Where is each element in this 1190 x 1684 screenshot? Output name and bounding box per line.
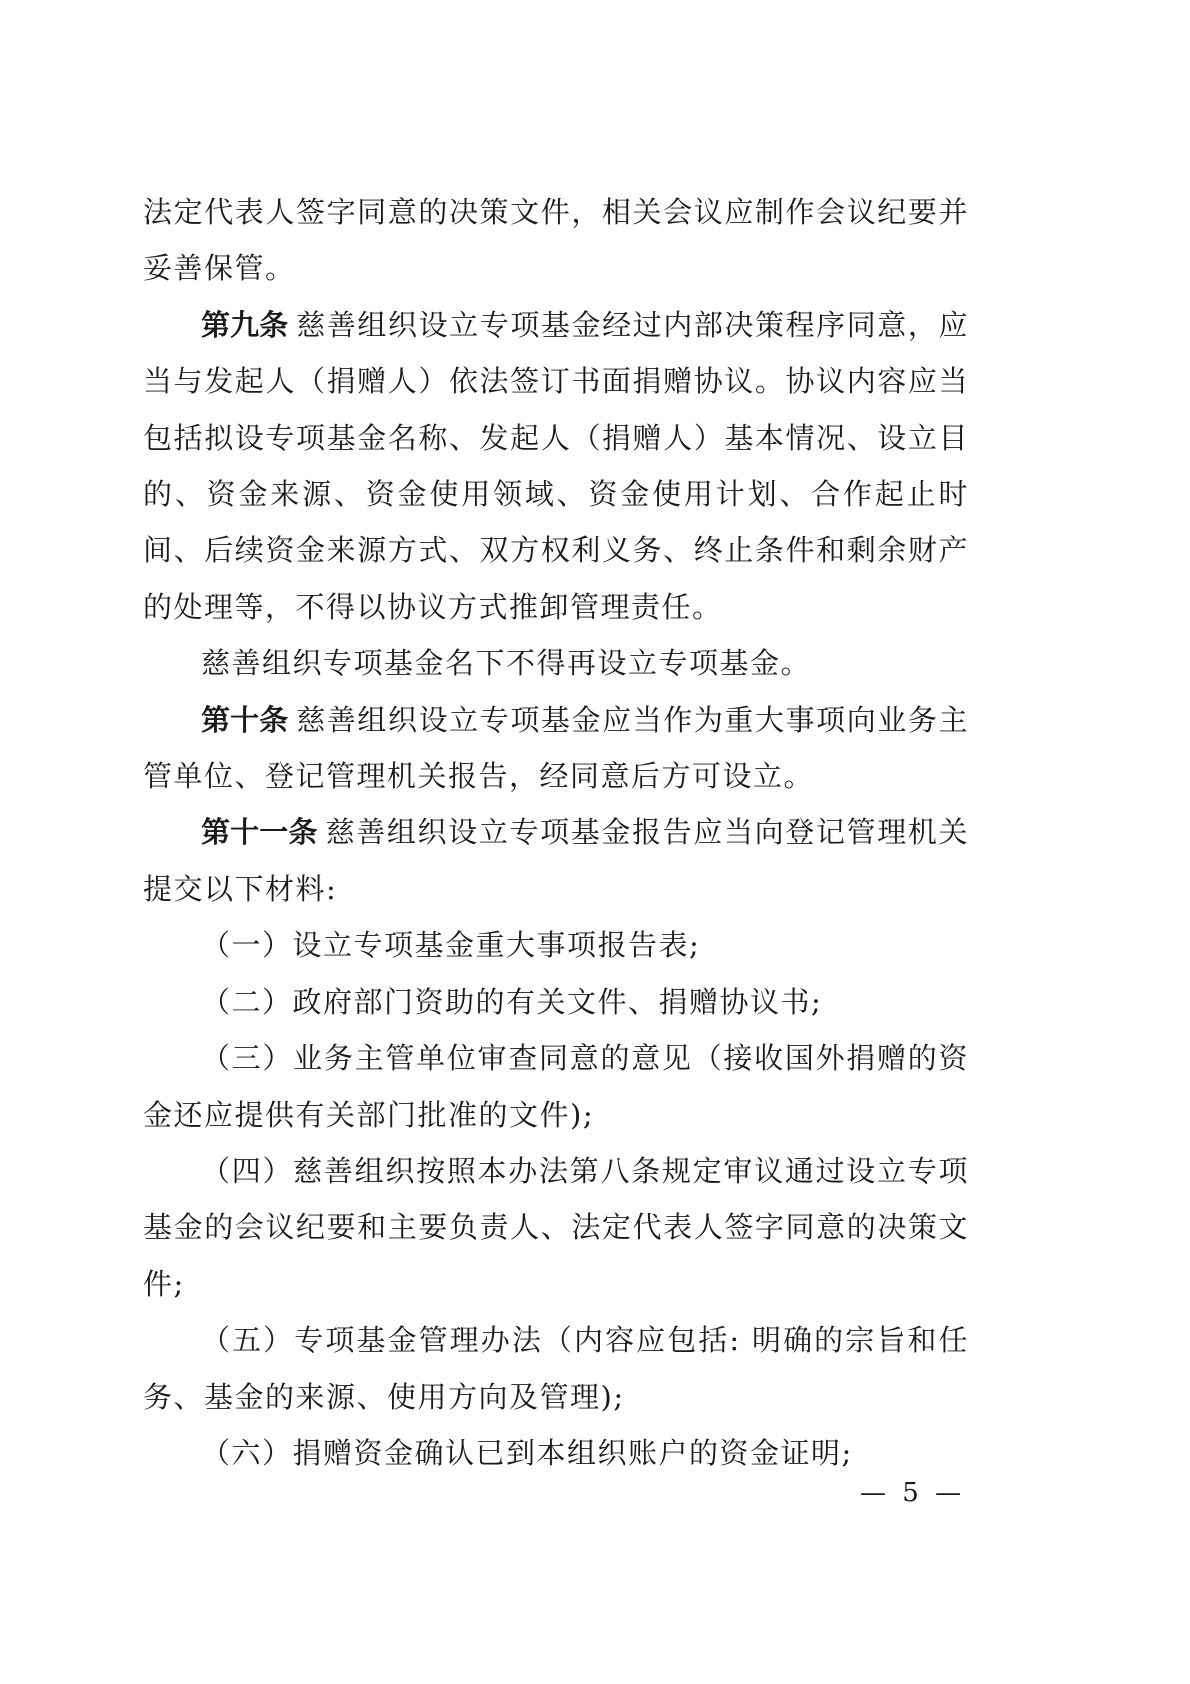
paragraph-text: 慈善组织设立专项基金经过内部决策程序同意，应当与发起人（捐赠人）依法签订书面捐赠… <box>143 308 969 624</box>
list-item-3: （三）业务主管单位审查同意的意见（接收国外捐赠的资金还应提供有关部门批准的文件)… <box>143 1030 969 1143</box>
list-item-6: （六）捐赠资金确认已到本组织账户的资金证明; <box>143 1425 969 1481</box>
article-heading: 第十一条 <box>201 815 318 849</box>
paragraph-continuation: 法定代表人签字同意的决策文件，相关会议应制作会议纪要并妥善保管。 <box>143 184 969 297</box>
article-heading: 第十条 <box>201 703 288 737</box>
article-10: 第十条慈善组织设立专项基金应当作为重大事项向业务主管单位、登记管理机关报告，经同… <box>143 692 969 805</box>
paragraph-text: （二）政府部门资助的有关文件、捐赠协议书; <box>201 985 822 1019</box>
page-number: — 5 — <box>860 1478 965 1508</box>
paragraph-text: （三）业务主管单位审查同意的意见（接收国外捐赠的资金还应提供有关部门批准的文件)… <box>143 1041 969 1131</box>
list-item-1: （一）设立专项基金重大事项报告表; <box>143 917 969 973</box>
list-item-4: （四）慈善组织按照本办法第八条规定审议通过设立专项基金的会议纪要和主要负责人、法… <box>143 1143 969 1312</box>
list-item-5: （五）专项基金管理办法（内容应包括: 明确的宗旨和任务、基金的来源、使用方向及管… <box>143 1312 969 1425</box>
document-body: 法定代表人签字同意的决策文件，相关会议应制作会议纪要并妥善保管。 第九条慈善组织… <box>143 184 969 1481</box>
paragraph-text: （四）慈善组织按照本办法第八条规定审议通过设立专项基金的会议纪要和主要负责人、法… <box>143 1154 969 1301</box>
paragraph-text: （五）专项基金管理办法（内容应包括: 明确的宗旨和任务、基金的来源、使用方向及管… <box>143 1323 969 1413</box>
article-9: 第九条慈善组织设立专项基金经过内部决策程序同意，应当与发起人（捐赠人）依法签订书… <box>143 297 969 635</box>
paragraph-text: 法定代表人签字同意的决策文件，相关会议应制作会议纪要并妥善保管。 <box>143 195 969 285</box>
paragraph: 慈善组织专项基金名下不得再设立专项基金。 <box>143 635 969 691</box>
paragraph-text: 慈善组织专项基金名下不得再设立专项基金。 <box>201 646 811 680</box>
article-11: 第十一条慈善组织设立专项基金报告应当向登记管理机关提交以下材料: <box>143 804 969 917</box>
paragraph-text: （六）捐赠资金确认已到本组织账户的资金证明; <box>201 1436 853 1470</box>
article-heading: 第九条 <box>201 308 288 342</box>
paragraph-text: （一）设立专项基金重大事项报告表; <box>201 928 700 962</box>
list-item-2: （二）政府部门资助的有关文件、捐赠协议书; <box>143 974 969 1030</box>
